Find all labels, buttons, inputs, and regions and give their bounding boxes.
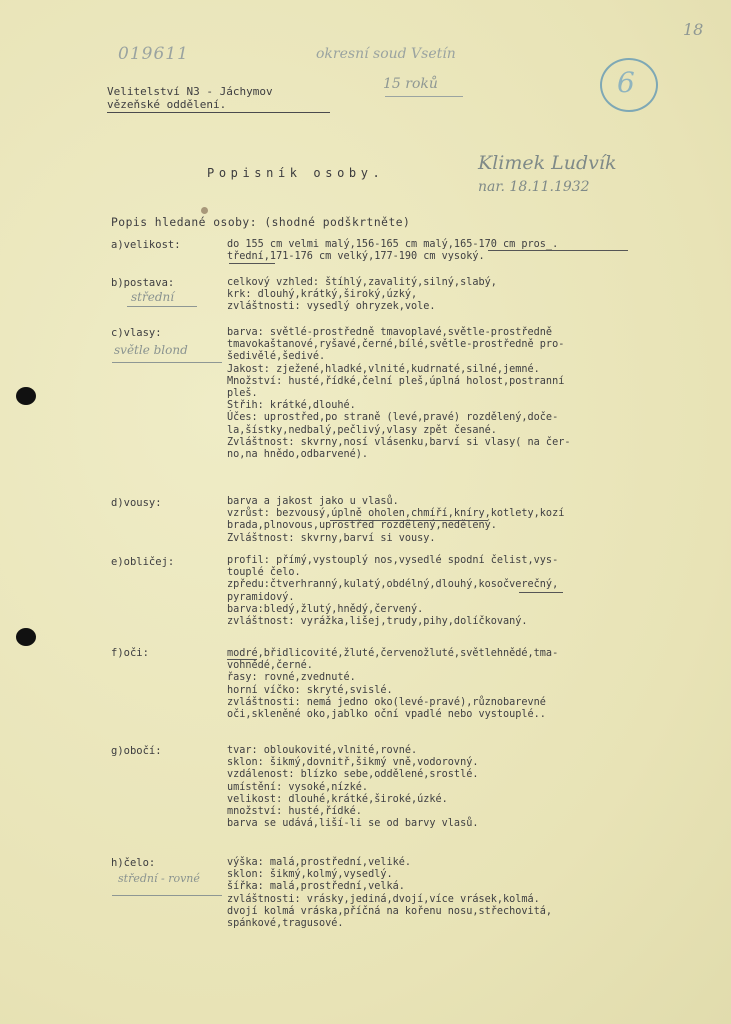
subject-birth: nar. 18.11.1932	[478, 179, 590, 195]
text-line: zvláštnosti: nemá jedno oko(levé-pravé),…	[227, 697, 558, 709]
section-body-vlasy: barva: světlé-prostředně tmavoplavé,svět…	[227, 327, 570, 461]
document-page: 019611 okresní soud Vsetín 18 15 roků 6 …	[0, 0, 731, 1024]
text-line: Účes: uprostřed,po straně (levé,pravé) r…	[227, 412, 570, 424]
section-body-celo: výška: malá,prostřední,veliké. sklon: ši…	[227, 857, 552, 930]
section-label-oboci: g)obočí:	[111, 745, 162, 757]
text-line: celkový vzhled: štíhlý,zavalitý,silný,sl…	[227, 277, 497, 289]
text-line: sklon: šikmý,kolmý,vysedlý.	[227, 869, 552, 881]
punch-hole-lower	[16, 628, 36, 646]
text-line: zvláštnost: vyrážka,lišej,trudy,pihy,dol…	[227, 616, 558, 628]
text-line: Jakost: zježené,hladké,vlnité,kudrnaté,s…	[227, 364, 570, 376]
section-label-oblicej: e)obličej:	[111, 556, 174, 568]
text-line: vzrůst: bezvousý,úplně oholen,chmíří,kní…	[227, 508, 564, 520]
text-line: dvojí kolmá vráska,příčná na kořenu nosu…	[227, 906, 552, 918]
section-body-oboci: tvar: obloukovité,vlnité,rovné. sklon: š…	[227, 745, 478, 830]
text-line: vohnědé,černé.	[227, 660, 558, 672]
section-label-vlasy: c)vlasy:	[111, 327, 162, 339]
page-number: 18	[683, 20, 703, 39]
section-body-velikost: do 155 cm velmi malý,156-165 cm malý,165…	[227, 239, 558, 263]
text-line: barva se udává,liší-li se od barvy vlasů…	[227, 818, 478, 830]
text-line: umístění: vysoké,nízké.	[227, 782, 478, 794]
text-line: brada,plnovous,uprostřed rozdělený,neděl…	[227, 520, 564, 532]
sentence-underline	[385, 96, 463, 97]
punch-hole-upper	[16, 387, 36, 405]
mark-underline	[519, 592, 563, 593]
office-underline	[107, 112, 330, 113]
office-line-1: Velitelství N3 - Jáchymov	[107, 86, 273, 98]
handwritten-note-postava: střední	[131, 290, 174, 304]
ink-stain	[201, 207, 208, 214]
text-line: Střih: krátké,dlouhé.	[227, 400, 570, 412]
instruction-line: Popis hledané osoby: (shodné podškrtněte…	[111, 217, 410, 229]
text-line: výška: malá,prostřední,veliké.	[227, 857, 552, 869]
text-line: řasy: rovné,zvednuté.	[227, 672, 558, 684]
circled-number: 6	[617, 66, 635, 99]
handwritten-note-vlasy: světle blond	[114, 343, 188, 357]
mark-underline	[229, 263, 275, 264]
text-line: oči,skleněné oko,jablko oční vpadlé nebo…	[227, 709, 558, 721]
section-label-vousy: d)vousy:	[111, 497, 162, 509]
text-line: barva:bledý,žlutý,hnědý,červený.	[227, 604, 558, 616]
text-line: touplé čelo.	[227, 567, 558, 579]
text-line: zpředu:čtverhranný,kulatý,obdélný,dlouhý…	[227, 579, 558, 591]
mark-underline	[488, 250, 628, 251]
text-line: zvláštnosti: vrásky,jediná,dvojí,více vr…	[227, 894, 552, 906]
text-line: šedivělé,šedivé.	[227, 351, 570, 363]
text-line: pleš.	[227, 388, 570, 400]
text-line: pyramidový.	[227, 592, 558, 604]
text-line: šířka: malá,prostřední,velká.	[227, 881, 552, 893]
page-title: Popisník osoby.	[207, 166, 384, 180]
subject-name: Klimek Ludvík	[478, 152, 617, 174]
section-body-oci: modré,břidlicovité,žluté,červenožluté,sv…	[227, 648, 558, 721]
text-line: horní víčko: skryté,svislé.	[227, 685, 558, 697]
note-underline	[112, 895, 222, 896]
handwritten-note-celo: střední - rovné	[118, 872, 200, 885]
text-line: Množství: husté,řídké,čelní pleš,úplná h…	[227, 376, 570, 388]
text-line: barva: světlé-prostředně tmavoplavé,svět…	[227, 327, 570, 339]
section-body-postava: celkový vzhled: štíhlý,zavalitý,silný,sl…	[227, 277, 497, 314]
text-line: množství: husté,řídké.	[227, 806, 478, 818]
section-label-celo: h)čelo:	[111, 857, 155, 869]
text-line: Zvláštnost: skvrny,barví si vousy.	[227, 533, 564, 545]
text-line: barva a jakost jako u vlasů.	[227, 496, 564, 508]
text-line: sklon: šikmý,dovnitř,šikmý vně,vodorovný…	[227, 757, 478, 769]
text-line: krk: dlouhý,krátký,široký,úzký,	[227, 289, 497, 301]
section-label-oci: f)oči:	[111, 647, 149, 659]
note-underline	[112, 362, 222, 363]
text-line: třední,171-176 cm velký,177-190 cm vysok…	[227, 251, 558, 263]
text-line: velikost: dlouhé,krátké,široké,úzké.	[227, 794, 478, 806]
note-underline	[127, 306, 197, 307]
section-body-oblicej: profil: přímý,vystouplý nos,vysedlé spod…	[227, 555, 558, 628]
court-note: okresní soud Vsetín	[316, 46, 456, 62]
archive-number: 019611	[118, 44, 189, 64]
text-line: spánkové,tragusové.	[227, 918, 552, 930]
text-line: zvláštnosti: vysedlý ohryzek,vole.	[227, 301, 497, 313]
mark-underline	[227, 659, 257, 660]
text-line: tmavokaštanové,ryšavé,černé,bílé,světle-…	[227, 339, 570, 351]
office-line-2: vězeňské oddělení.	[107, 99, 226, 111]
text-line: tvar: obloukovité,vlnité,rovné.	[227, 745, 478, 757]
text-line: profil: přímý,vystouplý nos,vysedlé spod…	[227, 555, 558, 567]
text-line: vzdálenost: blízko sebe,oddělené,srostlé…	[227, 769, 478, 781]
text-line: la,šístky,nedbalý,pečlivý,vlasy zpět čes…	[227, 425, 570, 437]
section-label-velikost: a)velikost:	[111, 239, 181, 251]
text-line: no,na hnědo,odbarvené).	[227, 449, 570, 461]
text-line: Zvláštnost: skvrny,nosí vlásenku,barví s…	[227, 437, 570, 449]
sentence-note: 15 roků	[383, 76, 438, 92]
section-label-postava: b)postava:	[111, 277, 174, 289]
text-line: modré,břidlicovité,žluté,červenožluté,sv…	[227, 648, 558, 660]
mark-underline	[330, 520, 488, 521]
